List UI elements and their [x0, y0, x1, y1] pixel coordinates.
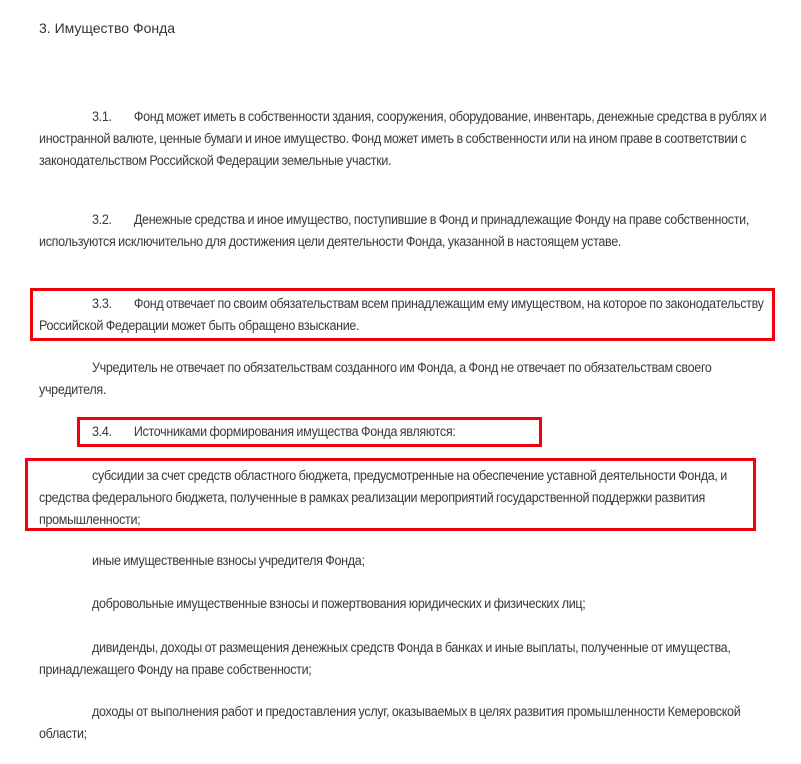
source-text: дивиденды, доходы от размещения денежных… [39, 640, 730, 677]
paragraph-3-2: 3.2.Денежные средства и иное имущество, … [39, 209, 778, 253]
section-heading: 3. Имущество Фонда [39, 18, 175, 38]
paragraph-3-3: 3.3.Фонд отвечает по своим обязательства… [39, 293, 778, 337]
source-text: добровольные имущественные взносы и поже… [92, 596, 585, 611]
paragraph-founder-liability: Учредитель не отвечает по обязательствам… [39, 357, 778, 401]
source-item-donations: добровольные имущественные взносы и поже… [39, 593, 778, 615]
paragraph-text: Учредитель не отвечает по обязательствам… [39, 360, 712, 397]
source-item-subsidies: субсидии за счет средств областного бюдж… [39, 465, 778, 531]
paragraph-number: 3.4. [92, 421, 134, 443]
paragraph-3-1: 3.1.Фонд может иметь в собственности зда… [39, 106, 778, 172]
source-item-services-income: доходы от выполнения работ и предоставле… [39, 701, 778, 745]
source-item-founder-contributions: иные имущественные взносы учредителя Фон… [39, 550, 778, 572]
source-text: субсидии за счет средств областного бюдж… [39, 468, 727, 527]
source-text: иные имущественные взносы учредителя Фон… [92, 553, 365, 568]
paragraph-3-4: 3.4.Источниками формирования имущества Ф… [39, 421, 778, 443]
source-item-dividends: дивиденды, доходы от размещения денежных… [39, 637, 778, 681]
paragraph-number: 3.1. [92, 106, 134, 128]
paragraph-text: Источниками формирования имущества Фонда… [134, 424, 456, 439]
paragraph-text: Фонд может иметь в собственности здания,… [39, 109, 766, 168]
paragraph-number: 3.3. [92, 293, 134, 315]
source-text: доходы от выполнения работ и предоставле… [39, 704, 740, 741]
paragraph-text: Денежные средства и иное имущество, пост… [39, 212, 749, 249]
paragraph-text: Фонд отвечает по своим обязательствам вс… [39, 296, 764, 333]
paragraph-number: 3.2. [92, 209, 134, 231]
